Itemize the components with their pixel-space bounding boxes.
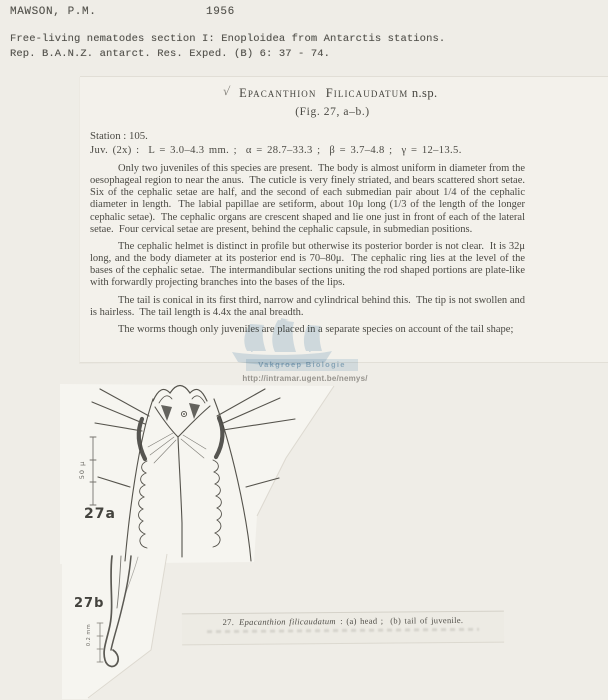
measurements-line: Juv. (2x) : L = 3.0–4.3 mm. ; α = 28.7–3…	[90, 145, 525, 156]
species-new-species-suffix: n.sp.	[408, 86, 437, 100]
paper-excerpt: √Epacanthion Filicaudatum n.sp. (Fig. 27…	[80, 76, 608, 363]
description-paragraph-3: The tail is conical in its first third, …	[90, 295, 525, 319]
handwritten-checkmark: √	[222, 84, 231, 99]
figure-27a-head-drawing	[58, 383, 308, 568]
bleed-through-text	[207, 628, 479, 633]
caption-number: 27.	[223, 617, 235, 627]
species-name: Epacanthion Filicaudatum	[239, 86, 408, 100]
citation-journal-line: Rep. B.A.N.Z. antarct. Res. Exped. (B) 6…	[10, 48, 330, 60]
scale-bar-27b	[97, 623, 103, 662]
figure-caption-strip: 27.Epacanthion filicaudatum : (a) head ;…	[182, 611, 504, 646]
watermark-organization: Vakgroep Biologie	[246, 359, 358, 371]
scanned-card: MAWSON, P.M. 1956 Free-living nematodes …	[0, 0, 608, 700]
figure-27b-label: 27b	[74, 596, 104, 611]
citation-title-line: Free-living nematodes section I: Enoploi…	[10, 33, 445, 45]
description-paragraph-2: The cephalic helmet is distinct in profi…	[90, 241, 525, 290]
figure-caption: 27.Epacanthion filicaudatum : (a) head ;…	[182, 615, 504, 628]
station-line: Station : 105.	[90, 130, 525, 142]
excerpt-text-block: √Epacanthion Filicaudatum n.sp. (Fig. 27…	[90, 86, 525, 336]
figure-27a-label: 27a	[84, 506, 116, 522]
citation-author: MAWSON, P.M.	[10, 6, 96, 18]
scale-bar-27a	[90, 437, 96, 505]
figure-27a-scale-label: 50 μ	[78, 451, 88, 489]
description-paragraph-1: Only two juveniles of this species are p…	[90, 163, 525, 236]
species-title-line: √Epacanthion Filicaudatum n.sp.	[90, 86, 525, 101]
caption-rest: : (a) head ; (b) tail of juvenile.	[337, 615, 464, 626]
caption-species: Epacanthion filicaudatum	[239, 616, 336, 627]
citation-year: 1956	[206, 6, 235, 18]
watermark-url: http://intramar.ugent.be/nemys/	[222, 374, 388, 383]
figure-27b-scale-label: 0.2 mm	[86, 615, 94, 655]
figure-reference: (Fig. 27, a–b.)	[90, 106, 525, 118]
